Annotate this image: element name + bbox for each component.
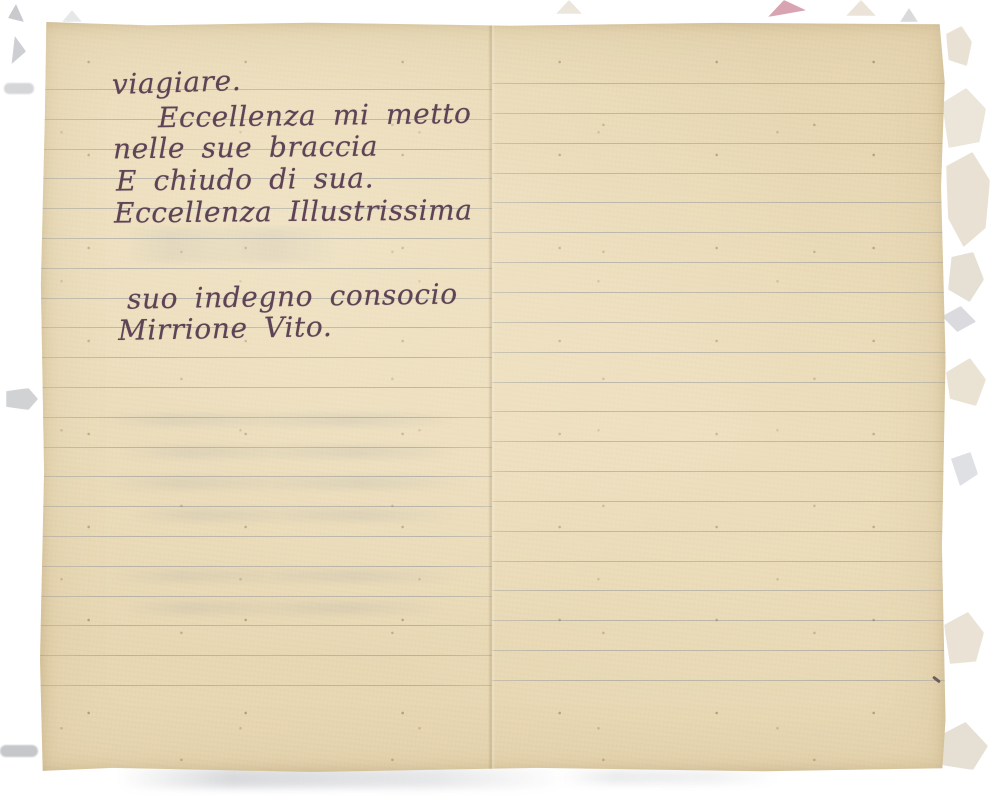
ruled-line [40, 268, 492, 269]
signature-name: Mirrione Vito. [118, 311, 333, 347]
ruled-line [492, 262, 946, 263]
scan-artifact [944, 612, 984, 664]
ruled-line [492, 113, 946, 114]
ruled-line [492, 650, 946, 651]
ruled-line [40, 387, 492, 388]
scan-artifact [4, 83, 34, 94]
ruled-line [492, 382, 946, 383]
ruled-line [492, 411, 946, 412]
ink-bleed-ghost [104, 477, 474, 489]
scan-artifact [942, 306, 976, 332]
ruled-line [40, 655, 492, 656]
scan-artifact [946, 26, 972, 66]
ruled-line [492, 173, 946, 174]
ink-bleed-ghost [130, 509, 460, 521]
ruled-line [492, 561, 946, 562]
ruled-line [492, 352, 946, 353]
ruled-line [40, 89, 492, 90]
scan-artifact [0, 745, 38, 757]
ink-bleed-ghost [100, 414, 460, 426]
handwriting-line: nelle sue braccia [113, 131, 378, 166]
ruled-line [40, 685, 492, 686]
ruled-line [492, 232, 946, 233]
ruled-line [492, 441, 946, 442]
ruled-line [492, 590, 946, 591]
scan-artifact [8, 4, 24, 22]
ruled-line [492, 202, 946, 203]
ruled-line [492, 322, 946, 323]
scan-artifact [946, 152, 990, 247]
handwriting-line: Eccellenza Illustrissima [114, 194, 473, 229]
ruled-line [40, 506, 492, 507]
scan-artifact [556, 0, 582, 14]
ruled-line [40, 357, 492, 358]
scan-artifact [946, 358, 986, 406]
handwriting-line: E chiudo di sua. [116, 162, 374, 197]
scan-artifact [900, 8, 918, 22]
scanned-letter-page: viagiare. Eccellenza mi metto nelle sue … [0, 0, 992, 805]
scan-artifact [62, 10, 82, 22]
ruled-line [40, 596, 492, 597]
handwriting-line: Eccellenza mi metto [158, 98, 472, 135]
ink-bleed-ghost [128, 228, 338, 262]
ink-bleed-ghost [110, 570, 460, 582]
letter-sheet: viagiare. Eccellenza mi metto nelle sue … [40, 22, 946, 772]
scan-artifact [938, 722, 988, 770]
scan-artifact [768, 0, 806, 17]
ruled-line [40, 566, 492, 567]
ruled-line [492, 471, 946, 472]
ruled-line [492, 501, 946, 502]
scan-shadow [560, 770, 780, 784]
ruled-line [492, 620, 946, 621]
ink-bleed-ghost [124, 602, 444, 614]
ruled-line [492, 531, 946, 532]
handwriting-line: viagiare. [112, 65, 242, 101]
ruled-lines-right-page [492, 22, 946, 772]
scan-artifact [942, 88, 986, 148]
scan-artifact [6, 388, 38, 410]
scan-artifact [948, 452, 978, 486]
ruled-line [492, 292, 946, 293]
fold-crease [488, 22, 495, 772]
scan-artifact [846, 0, 876, 16]
ruled-line [40, 536, 492, 537]
ink-bleed-ghost [120, 446, 460, 458]
scan-artifact [10, 36, 26, 64]
ruled-line [40, 625, 492, 626]
ruled-line [492, 83, 946, 84]
ruled-line [492, 680, 946, 681]
ruled-line [492, 143, 946, 144]
scan-artifact [948, 252, 984, 302]
